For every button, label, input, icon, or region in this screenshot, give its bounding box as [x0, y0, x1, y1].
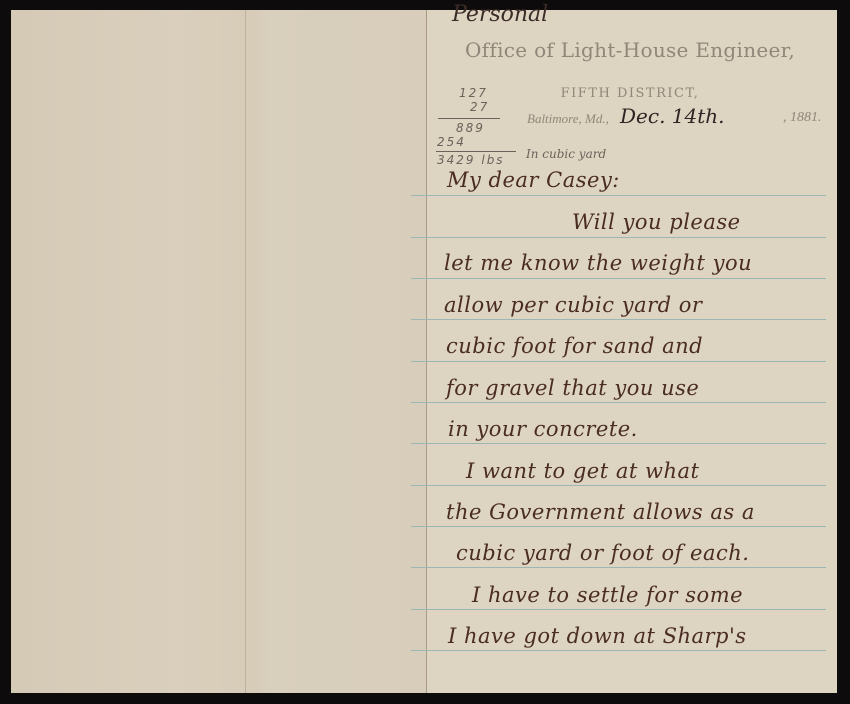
ruled-line — [411, 567, 826, 568]
body-line: I have to settle for some — [472, 583, 743, 607]
calc-line: 254 — [437, 135, 466, 149]
body-line: I have got down at Sharp's — [448, 624, 747, 648]
personal-annotation: Personal — [452, 2, 548, 27]
body-line: allow per cubic yard or — [444, 293, 702, 317]
body-line: in your concrete. — [448, 417, 638, 441]
calc-rule — [436, 151, 516, 152]
letterhead-district: FIFTH DISTRICT, — [520, 86, 740, 101]
ruled-line — [411, 443, 826, 444]
ruled-line — [411, 402, 826, 403]
ruled-line — [411, 609, 826, 610]
ruled-line — [411, 278, 826, 279]
calc-rule — [438, 118, 500, 119]
calc-line: 127 — [459, 86, 488, 100]
body-line: for gravel that you use — [446, 376, 699, 400]
blank-left-page — [11, 10, 426, 693]
body-line: cubic yard or foot of each. — [456, 541, 749, 565]
letterhead-year: , 1881. — [783, 110, 822, 126]
ruled-line — [411, 319, 826, 320]
calc-line: 27 — [470, 100, 489, 114]
ruled-line — [411, 650, 826, 651]
ruled-line — [411, 485, 826, 486]
body-line: the Government allows as a — [446, 500, 755, 524]
letterhead-city: Baltimore, Md., — [527, 111, 609, 127]
body-line: let me know the weight you — [444, 251, 752, 275]
salutation: My dear Casey: — [447, 168, 620, 192]
calc-line: 3429 lbs — [437, 153, 505, 167]
body-line: Will you please — [572, 210, 741, 234]
ruled-line — [411, 237, 826, 238]
handwritten-date: Dec. 14th. — [620, 104, 725, 128]
body-line: I want to get at what — [466, 459, 699, 483]
ruled-line — [411, 526, 826, 527]
fold-crease — [245, 10, 246, 693]
ruled-line — [411, 195, 826, 196]
ruled-line — [411, 361, 826, 362]
letterhead-office: Office of Light-House Engineer, — [460, 38, 800, 62]
body-line: cubic foot for sand and — [446, 334, 703, 358]
calc-note: In cubic yard — [526, 147, 606, 161]
calc-line: 889 — [456, 121, 485, 135]
